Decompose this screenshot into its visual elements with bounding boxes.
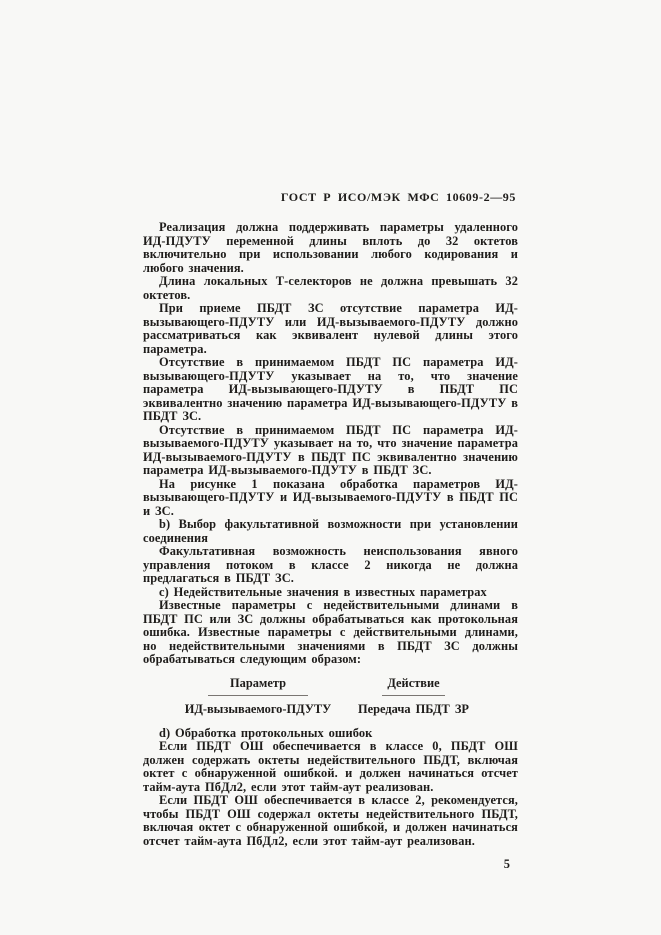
table-column-parameter: Параметр ИД-вызываемого-ПДУТУ [178,676,338,717]
paragraph-error-class0: Если ПБДТ ОШ обеспечивается в классе 0, … [143,740,518,794]
table-column-action: Действие Передача ПБДТ ЗР [346,676,481,717]
paragraph-optional-flow-control: Факультативная возможность неиспользован… [143,545,518,586]
document-designation-header: ГОСТ Р ИСО/МЭК МФС 10609-2—95 [143,190,516,205]
paragraph-calling-pduty-absence: Отсутствие в принимаемом ПБДТ ПС парамет… [143,356,518,424]
paragraph-pbdt-zs-absence: При приеме ПБДТ ЗС отсутствие параметра … [143,302,518,356]
table-header-parameter: Параметр [178,676,338,696]
table-cell-parameter: ИД-вызываемого-ПДУТУ [178,702,338,717]
page-content: ГОСТ Р ИСО/МЭК МФС 10609-2—95 Реализация… [143,190,518,872]
section-item-b-heading: b) Выбор факультативной возможности при … [143,518,518,545]
parameter-action-table: Параметр ИД-вызываемого-ПДУТУ Действие П… [143,676,518,717]
paragraph-known-parameters: Известные параметры с недействительными … [143,599,518,667]
page-number: 5 [143,857,510,872]
paragraph-tselector-length: Длина локальных Т-селекторов не должна п… [143,275,518,302]
section-item-c-heading: c) Недействительные значения в известных… [143,586,518,600]
paragraph-called-pduty-absence: Отсутствие в принимаемом ПБДТ ПС парамет… [143,424,518,478]
table-cell-action: Передача ПБДТ ЗР [346,702,481,717]
table-header-action: Действие [346,676,481,696]
paragraph-figure-reference: На рисунке 1 показана обработка параметр… [143,478,518,519]
paragraph-realization: Реализация должна поддерживать параметры… [143,221,518,275]
section-item-d-heading: d) Обработка протокольных ошибок [143,727,518,741]
scanned-document-page: ГОСТ Р ИСО/МЭК МФС 10609-2—95 Реализация… [0,0,661,935]
paragraph-error-class2: Если ПБДТ ОШ обеспечивается в классе 2, … [143,794,518,848]
